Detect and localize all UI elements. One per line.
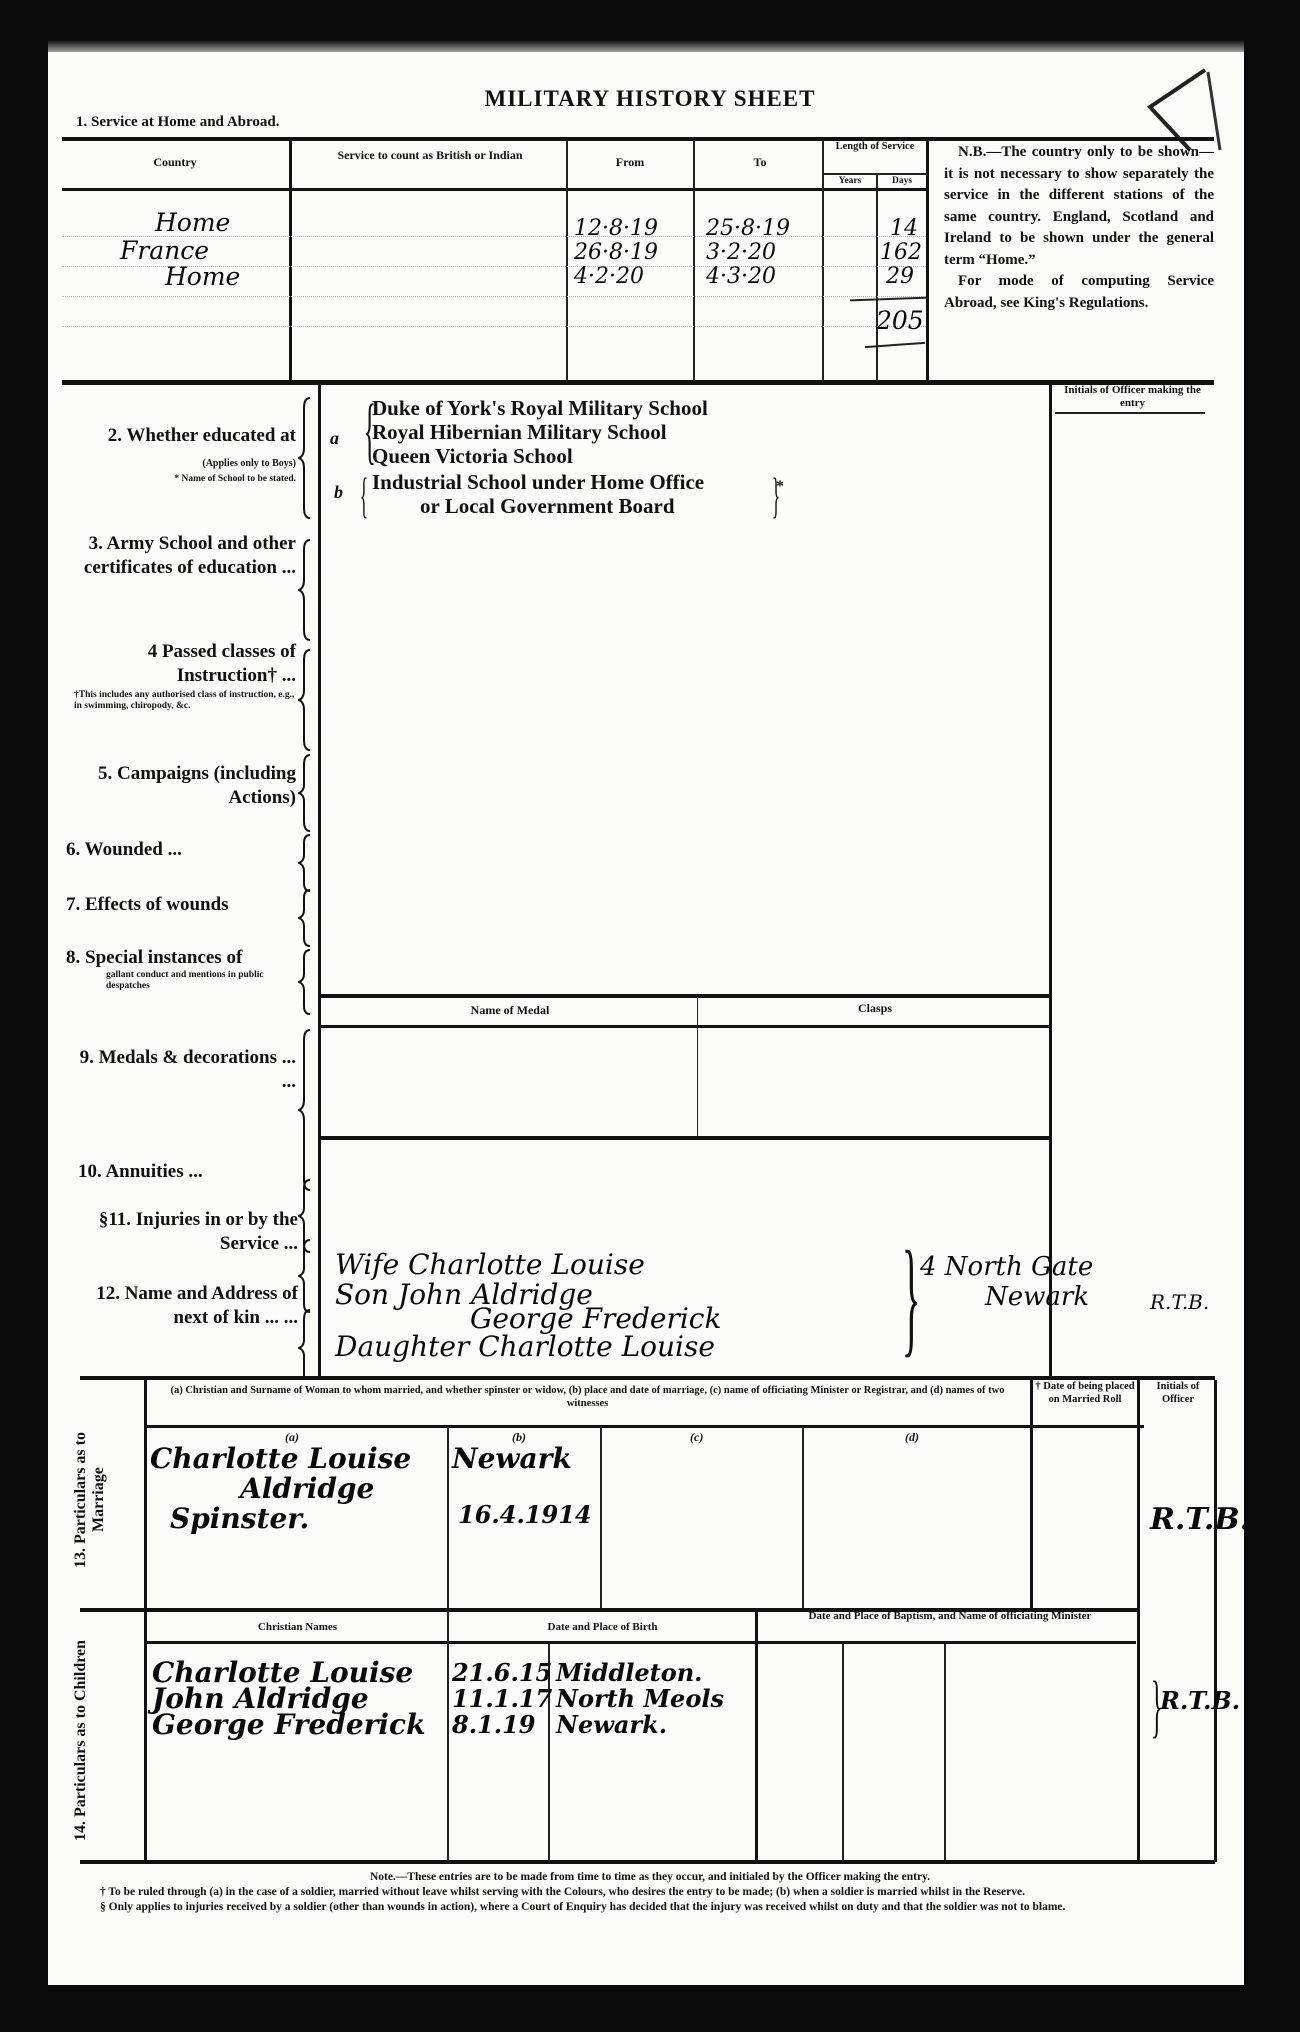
section-title: Wounded ... xyxy=(85,839,182,860)
children-col-divider xyxy=(755,1612,758,1862)
next-of-kin-line-1: Wife Charlotte Louise xyxy=(335,1248,645,1281)
children-initials: R.T.B. xyxy=(1160,1686,1240,1715)
section-1-heading: 1. Service at Home and Abroad. xyxy=(76,114,279,131)
school-option: Duke of York's Royal Military School xyxy=(372,396,708,420)
row-1-country: Home xyxy=(155,208,230,237)
medals-bottom-rule xyxy=(320,1136,1050,1140)
section-number: 4 xyxy=(148,641,158,662)
marriage-initials-header: Initials of Officer xyxy=(1142,1380,1214,1406)
next-of-kin-initials: R.T.B. xyxy=(1150,1290,1209,1314)
children-col-divider xyxy=(842,1644,844,1862)
header-medal-name: Name of Medal xyxy=(330,1003,690,1017)
school-marker-b: b xyxy=(334,482,343,503)
marriage-col-divider xyxy=(1137,1380,1140,1610)
row-1-from: 12·8·19 xyxy=(574,216,658,241)
section-number: 5. xyxy=(98,763,112,784)
next-of-kin-line-4: Daughter Charlotte Louise xyxy=(335,1330,715,1363)
next-of-kin-brace: } xyxy=(902,1232,921,1362)
school-list-a: Duke of York's Royal Military School Roy… xyxy=(372,396,708,468)
section-6-label: 6. Wounded ... xyxy=(66,838,296,862)
row-3-to: 4·3·20 xyxy=(706,264,776,289)
section-number: 6. xyxy=(66,839,80,860)
footnotes: Note.—These entries are to be made from … xyxy=(100,1870,1200,1915)
header-child-birth: Date and Place of Birth xyxy=(450,1620,755,1634)
col-divider xyxy=(566,140,568,382)
header-clasps: Clasps xyxy=(700,1001,1050,1015)
school-list-b: Industrial School under Home Office or L… xyxy=(372,470,704,518)
brace-b: { xyxy=(360,470,368,520)
section-number: 12. xyxy=(96,1283,120,1304)
outer-right-rule xyxy=(1214,1380,1217,1862)
left-braces xyxy=(298,390,316,1380)
marker-d: (d) xyxy=(905,1430,919,1445)
section-number: 7. xyxy=(66,894,80,915)
section-9-label: 9. Medals & decorations ... ... xyxy=(66,1046,296,1094)
footnote-1: Note.—These entries are to be made from … xyxy=(100,1870,1200,1885)
medals-col-divider xyxy=(697,997,698,1137)
section-10-label: 10. Annuities ... xyxy=(78,1160,298,1184)
main-box-right-rule xyxy=(1049,384,1052,1378)
section-number: 3. xyxy=(89,533,103,554)
section-3-label: 3. Army School and other certificates of… xyxy=(66,532,296,580)
header-days: Days xyxy=(878,176,926,187)
initials-underline xyxy=(1055,412,1205,414)
header-country: Country xyxy=(100,155,250,169)
section-number: 9. xyxy=(80,1047,94,1068)
row-1-to: 25·8·19 xyxy=(706,216,790,241)
section-title: Name and Address of next of kin ... ... xyxy=(125,1283,298,1328)
child-1-date: 21.6.15 xyxy=(452,1658,552,1687)
col-divider xyxy=(289,140,292,382)
school-option: Royal Hibernian Military School xyxy=(372,420,708,444)
section-1-header-rule xyxy=(62,188,927,191)
header-years: Years xyxy=(824,176,876,187)
children-left-rule xyxy=(144,1612,147,1862)
next-of-kin-address-1: 4 North Gate xyxy=(920,1252,1093,1282)
header-service: Service to count as British or Indian xyxy=(320,148,540,162)
section-title: Effects of wounds xyxy=(85,894,229,915)
row-3-days: 29 xyxy=(886,264,914,289)
header-to: To xyxy=(710,155,810,169)
marriage-place: Newark xyxy=(452,1442,572,1475)
section-4-label: 4 Passed classes of Instruction† ... xyxy=(66,640,296,688)
section-number: 8. xyxy=(66,947,80,968)
children-col-divider xyxy=(944,1644,946,1862)
next-of-kin-address-2: Newark xyxy=(985,1282,1089,1312)
married-roll-header: † Date of being placed on Married Roll xyxy=(1034,1380,1136,1406)
section-8-sub: gallant conduct and mentions in public d… xyxy=(106,970,306,992)
section-title: Injuries in or by the Service ... xyxy=(136,1209,298,1254)
section-2-sub: (Applies only to Boys) xyxy=(66,458,296,469)
marker-c: (c) xyxy=(690,1430,703,1445)
section-title: Campaigns (including Actions) xyxy=(117,763,296,808)
page-title: MILITARY HISTORY SHEET xyxy=(0,86,1300,112)
section-number: 2. xyxy=(108,425,122,446)
col-divider xyxy=(926,140,929,382)
col-divider xyxy=(693,140,695,382)
section-12-label: 12. Name and Address of next of kin ... … xyxy=(78,1282,298,1330)
header-child-baptism: Date and Place of Baptism, and Name of o… xyxy=(780,1610,1120,1623)
nb-note-text-2: For mode of computing Service Abroad, se… xyxy=(944,271,1214,314)
ruled-line xyxy=(62,326,926,327)
section-2-label: 2. Whether educated at xyxy=(66,424,296,448)
marriage-side-label: 13. Particulars as to Marriage xyxy=(72,1400,132,1600)
total-days: 205 xyxy=(876,306,924,335)
child-1-place: Middleton. xyxy=(556,1658,703,1687)
marriage-col-divider xyxy=(600,1427,602,1610)
section-5-label: 5. Campaigns (including Actions) xyxy=(66,762,296,810)
school-option: Industrial School under Home Office xyxy=(372,470,704,494)
marriage-date: 16.4.1914 xyxy=(458,1500,592,1529)
section-number: 10. xyxy=(78,1161,102,1182)
section-11-label: §11. Injuries in or by the Service ... xyxy=(78,1208,298,1256)
ruled-line xyxy=(62,296,926,297)
length-subheader-rule xyxy=(822,173,927,175)
children-side-label: 14. Particulars as to Children xyxy=(72,1630,132,1850)
row-3-from: 4·2·20 xyxy=(574,264,644,289)
row-2-to: 3·2·20 xyxy=(706,240,776,265)
section-2-sub2: * Name of School to be stated. xyxy=(66,474,296,485)
child-2-date: 11.1.17 xyxy=(452,1684,552,1713)
section-number: §11. xyxy=(99,1209,131,1230)
school-asterisk: * xyxy=(776,478,784,496)
marriage-header-rule xyxy=(144,1425,1144,1428)
initials-header: Initials of Officer making the entry xyxy=(1060,384,1205,410)
nb-note: N.B.—The country only to be shown—it is … xyxy=(944,142,1214,314)
section-1-top-rule xyxy=(62,137,1214,141)
school-marker-a: a xyxy=(330,428,339,449)
wife-status: Spinster. xyxy=(170,1502,309,1535)
child-3-name: George Frederick xyxy=(152,1708,425,1741)
section-title: Passed classes of Instruction† ... xyxy=(162,641,296,686)
marriage-col-divider xyxy=(447,1427,449,1610)
school-option: or Local Government Board xyxy=(372,494,704,518)
section-1-bottom-rule xyxy=(62,380,1214,385)
footnote-2: † To be ruled through (a) in the case of… xyxy=(100,1885,1200,1900)
marriage-col-divider xyxy=(802,1427,804,1610)
row-2-from: 26·8·19 xyxy=(574,240,658,265)
children-col-divider xyxy=(1137,1608,1140,1862)
marriage-left-rule xyxy=(144,1380,147,1610)
wife-name-1: Charlotte Louise xyxy=(150,1442,411,1475)
scan-right-edge xyxy=(1244,0,1300,2032)
marriage-initials: R.T.B. xyxy=(1150,1502,1250,1537)
section-title: Medals & decorations ... ... xyxy=(99,1047,296,1092)
child-2-place: North Meols xyxy=(556,1684,724,1713)
child-3-place: Newark. xyxy=(556,1710,667,1739)
header-child-names: Christian Names xyxy=(150,1620,445,1634)
row-2-country: France xyxy=(120,236,209,265)
children-header-rule xyxy=(146,1641,1136,1644)
children-col-divider xyxy=(447,1612,449,1862)
child-3-date: 8.1.19 xyxy=(452,1710,536,1739)
section-4-sub: †This includes any authorised class of i… xyxy=(74,690,298,712)
section-title: Annuities ... xyxy=(105,1161,202,1182)
medals-header-rule xyxy=(320,1025,1050,1028)
section-title: Army School and other certificates of ed… xyxy=(84,533,296,578)
wife-name-2: Aldridge xyxy=(240,1472,374,1505)
footnote-3: § Only applies to injuries received by a… xyxy=(100,1900,1200,1915)
row-1-days: 14 xyxy=(890,216,918,241)
section-8-label: 8. Special instances of xyxy=(66,946,306,970)
section-7-label: 7. Effects of wounds xyxy=(66,893,296,917)
marriage-header: (a) Christian and Surname of Woman to wh… xyxy=(150,1384,1025,1410)
marriage-col-divider xyxy=(1030,1380,1033,1610)
section-title: Whether educated at xyxy=(126,425,296,446)
col-divider xyxy=(876,175,878,382)
medals-top-rule xyxy=(320,994,1050,998)
header-length: Length of Service xyxy=(826,141,924,153)
main-box-left-rule xyxy=(318,384,321,1378)
section-title: Special instances of xyxy=(85,947,242,968)
row-2-days: 162 xyxy=(880,240,922,265)
scan-bottom-edge xyxy=(0,1985,1300,2032)
nb-note-text: N.B.—The country only to be shown—it is … xyxy=(944,142,1214,271)
children-bottom-rule xyxy=(80,1860,1215,1864)
header-from: From xyxy=(580,155,680,169)
school-option: Queen Victoria School xyxy=(372,444,708,468)
row-3-country: Home xyxy=(165,262,240,291)
